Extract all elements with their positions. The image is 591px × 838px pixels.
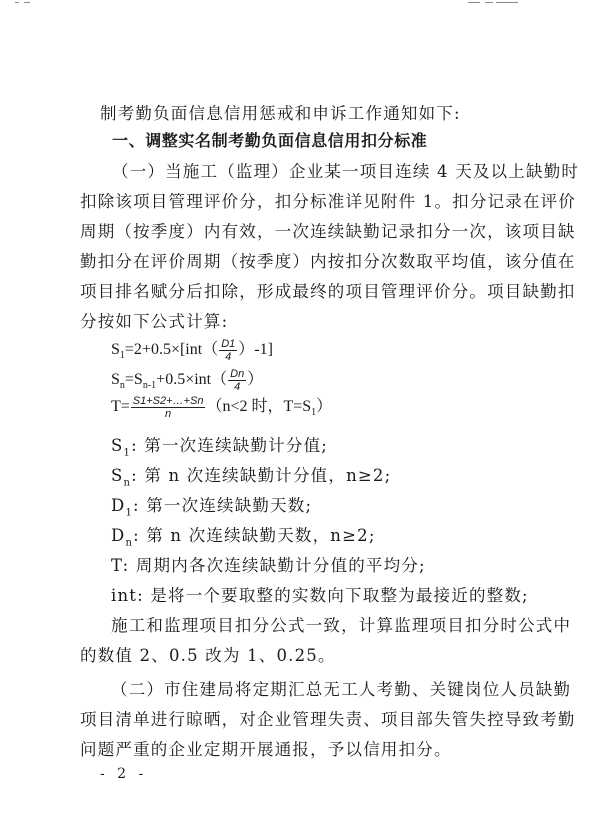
- note-line: 施工和监理项目扣分公式一致，计算监理项目扣分时公式中: [111, 612, 571, 636]
- fraction: D14: [219, 338, 237, 363]
- definition-d1: D1: 第一次连续缺勤天数;: [111, 492, 312, 518]
- definition-s1: S1: 第一次连续缺勤计分值;: [111, 432, 328, 458]
- scan-edge-marks: [0, 2, 591, 6]
- para-1-line: 扣除该项目管理评价分，扣分标准详见附件 1。扣分记录在评价: [80, 188, 576, 212]
- definition-t: T: 周期内各次连续缺勤计分值的平均分;: [111, 552, 426, 576]
- note-line: 的数值 2、0.5 改为 1、0.25。: [80, 642, 336, 666]
- definition-sn: Sn: 第 n 次连续缺勤计分值，n≥2;: [111, 462, 391, 488]
- para-1-line: 周期（按季度）内有效，一次连续缺勤记录扣分一次，该项目缺: [80, 218, 576, 242]
- formula-s1: S1=2+0.5×[int（D14）-1]: [111, 336, 273, 363]
- para-1-line: 分按如下公式计算:: [80, 308, 228, 332]
- formula-t: T=S1+S2+…+Snn（n<2 时，T=S1）: [111, 393, 332, 420]
- para-2-line: 问题严重的企业定期开展通报，予以信用扣分。: [80, 736, 452, 760]
- definition-int: int: 是将一个要取整的实数向下取整为最接近的整数;: [111, 582, 529, 606]
- page-number: - 2 -: [100, 766, 147, 782]
- section-heading: 一、调整实名制考勤负面信息信用扣分标准: [112, 128, 427, 151]
- intro-line: 制考勤负面信息信用惩戒和申诉工作通知如下:: [100, 100, 461, 124]
- para-1-line: （一）当施工（监理）企业某一项目连续 4 天及以上缺勤时: [112, 158, 579, 182]
- fraction: S1+S2+…+Snn: [131, 395, 206, 420]
- para-2-line: （二）市住建局将定期汇总无工人考勤、关键岗位人员缺勤: [111, 676, 571, 700]
- definition-dn: Dn: 第 n 次连续缺勤天数，n≥2;: [111, 522, 376, 548]
- formula-sn: Sn=Sn-1+0.5×int（Dn4）: [111, 366, 263, 393]
- para-2-line: 项目清单进行晾晒，对企业管理失责、项目部失管失控导致考勤: [80, 706, 576, 730]
- fraction: Dn4: [228, 368, 246, 393]
- para-1-line: 项目排名赋分后扣除，形成最终的项目管理评价分。项目缺勤扣: [80, 278, 576, 302]
- para-1-line: 勤扣分在评价周期（按季度）内按扣分次数取平均值，该分值在: [80, 248, 576, 272]
